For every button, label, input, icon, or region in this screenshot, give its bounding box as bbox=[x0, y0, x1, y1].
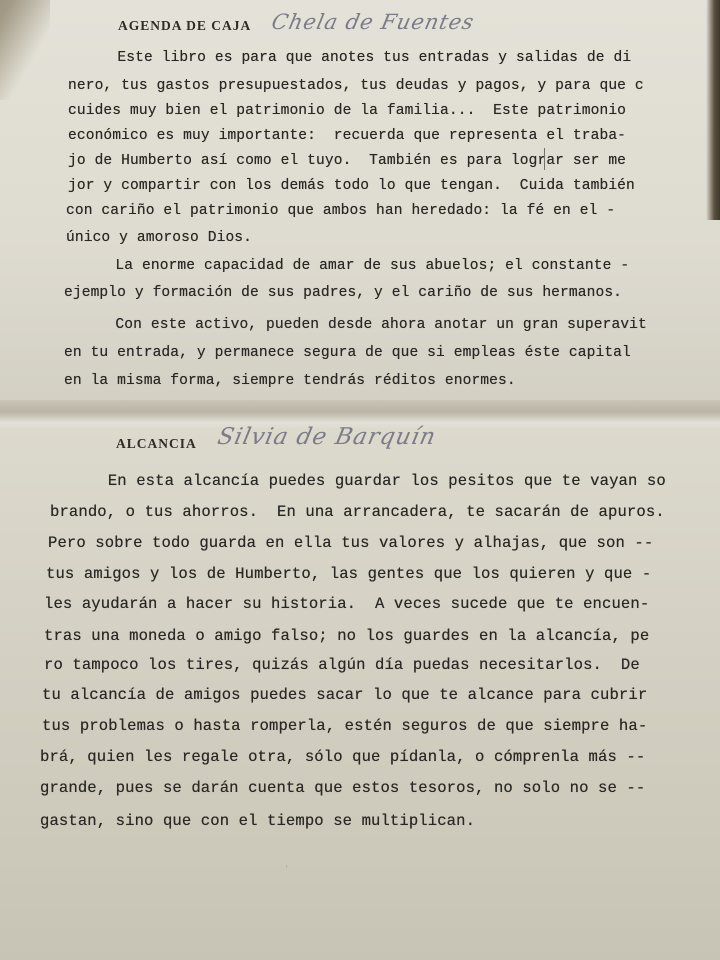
typed-line: tus problemas o hasta romperla, estén se… bbox=[42, 717, 647, 735]
typed-line: Este libro es para que anotes tus entrad… bbox=[82, 50, 631, 66]
typed-line: nero, tus gastos presupuestados, tus deu… bbox=[68, 78, 644, 94]
typed-line: Con este activo, pueden desde ahora anot… bbox=[80, 317, 647, 333]
typed-line: Pero sobre todo guarda en ella tus valor… bbox=[48, 534, 653, 552]
pencil-correction-mark bbox=[544, 148, 545, 170]
typed-line: en tu entrada, y permanece segura de que… bbox=[64, 345, 631, 361]
typed-line: tras una moneda o amigo falso; no los gu… bbox=[44, 627, 649, 645]
page-edge-shadow bbox=[706, 0, 720, 220]
handwritten-signature-1: Chela de Fuentes bbox=[269, 10, 476, 34]
typed-line: En esta alcancía puedes guardar los pesi… bbox=[70, 472, 666, 490]
section-heading-agenda: AGENDA DE CAJA bbox=[118, 18, 251, 34]
paper-speck: · bbox=[285, 862, 288, 873]
typed-line: tus amigos y los de Humberto, las gentes… bbox=[46, 565, 651, 583]
typed-line: jo de Humberto así como el tuyo. También… bbox=[68, 153, 626, 169]
section-heading-alcancia: ALCANCIA bbox=[116, 436, 197, 452]
typed-line: cuides muy bien el patrimonio de la fami… bbox=[68, 103, 626, 119]
typed-line: ro tampoco los tires, quizás algún día p… bbox=[44, 656, 640, 674]
folded-corner-shadow bbox=[0, 0, 50, 100]
typed-line: único y amoroso Dios. bbox=[66, 230, 252, 246]
typed-line: brá, quien les regale otra, sólo que píd… bbox=[40, 748, 645, 766]
typed-line: en la misma forma, siempre tendrás rédit… bbox=[64, 373, 516, 389]
typed-line: con cariño el patrimonio que ambos han h… bbox=[66, 203, 615, 219]
typed-line: grande, pues se darán cuenta que estos t… bbox=[40, 779, 645, 797]
handwritten-signature-2: Silvia de Barquín bbox=[215, 424, 438, 450]
typed-line: La enorme capacidad de amar de sus abuel… bbox=[80, 258, 629, 274]
typed-line: brando, o tus ahorros. En una arrancader… bbox=[50, 503, 665, 521]
typed-line: ejemplo y formación de sus padres, y el … bbox=[64, 285, 622, 301]
typed-line: les ayudarán a hacer su historia. A vece… bbox=[44, 595, 649, 613]
typed-line: gastan, sino que con el tiempo se multip… bbox=[40, 812, 475, 830]
typed-line: jor y compartir con los demás todo lo qu… bbox=[68, 178, 635, 194]
typed-line: económico es muy importante: recuerda qu… bbox=[68, 128, 626, 144]
typed-line: tu alcancía de amigos puedes sacar lo qu… bbox=[42, 686, 647, 704]
